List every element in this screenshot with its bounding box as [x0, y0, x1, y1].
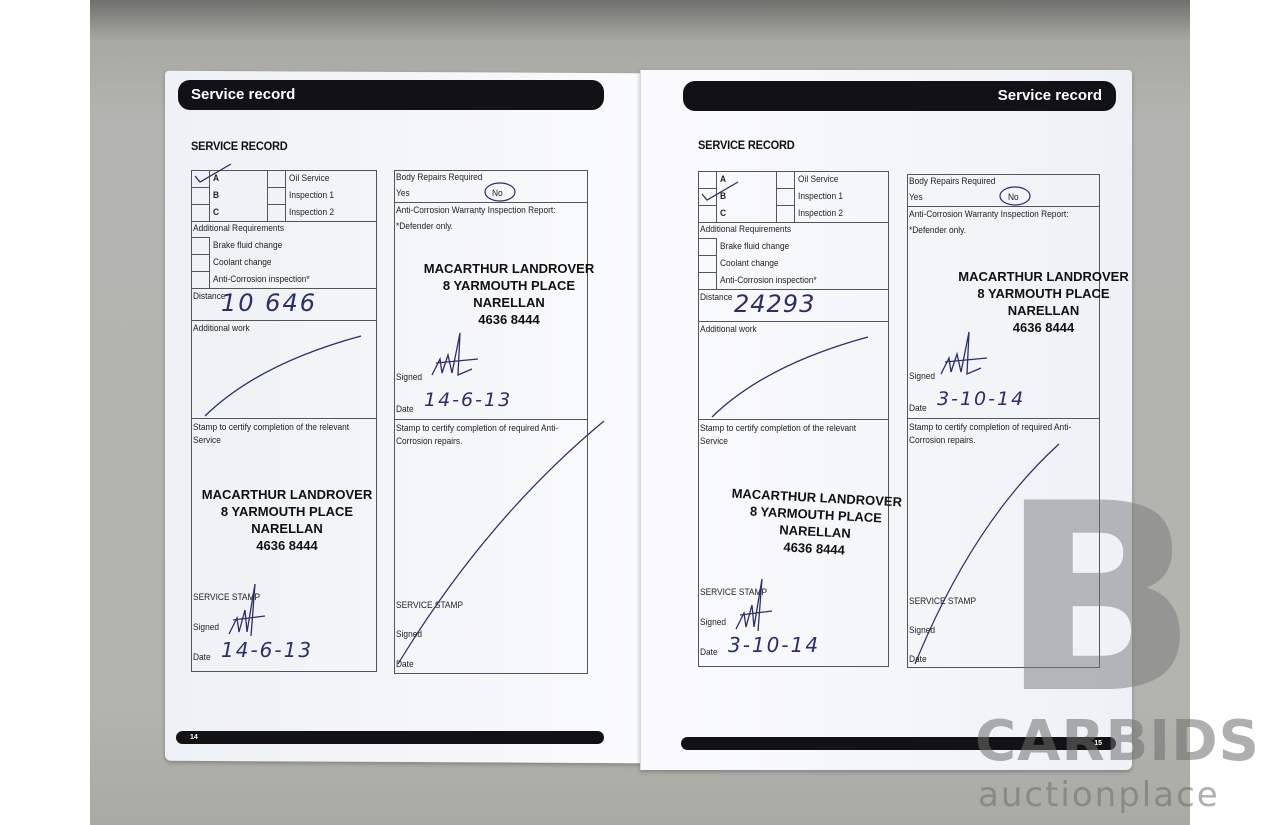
- body-repairs-yes[interactable]: Yes: [909, 192, 923, 203]
- stamp-line: MACARTHUR LANDROVER: [199, 486, 375, 503]
- requirement-label: Anti-Corrosion inspection*: [720, 275, 817, 286]
- requirement-checkbox[interactable]: [191, 271, 210, 289]
- requirement-checkbox[interactable]: [191, 237, 210, 255]
- carbids-logo-letter: B: [1000, 470, 1198, 730]
- signature: [734, 575, 774, 633]
- body-repairs-label: Body Repairs Required: [396, 172, 482, 183]
- divider: [191, 320, 377, 321]
- inspection-stamp: MACARTHUR LANDROVER8 YARMOUTH PLACENAREL…: [937, 268, 1150, 336]
- stamp-line: MACARTHUR LANDROVER: [412, 260, 606, 277]
- body-repairs-label: Body Repairs Required: [909, 176, 995, 187]
- carbids-sub: auctionplace: [978, 775, 1220, 815]
- service-type-checkbox[interactable]: [776, 188, 795, 206]
- divider: [698, 222, 889, 223]
- date-label: Date: [909, 403, 927, 414]
- date-label: Date: [700, 647, 718, 658]
- stamp-line: 4636 8444: [199, 537, 375, 554]
- stamp-line: NARELLAN: [937, 302, 1150, 319]
- service-c-checkbox[interactable]: [191, 204, 210, 222]
- carbids-brand: CARBIDS: [975, 712, 1260, 772]
- stamp-service-label: Stamp to certify completion of the relev…: [700, 422, 886, 448]
- divider: [698, 321, 889, 322]
- page-footer-bar: 14: [176, 731, 604, 744]
- requirement-label: Brake fluid change: [720, 241, 789, 252]
- section-title: SERVICE RECORD: [191, 139, 288, 153]
- stamp-service-label: Stamp to certify completion of the relev…: [193, 421, 374, 447]
- signature: [227, 580, 267, 638]
- strike-line: [710, 335, 870, 419]
- additional-work-label: Additional work: [700, 324, 757, 335]
- date-label: Date: [193, 652, 211, 663]
- strike-line: [396, 419, 606, 666]
- page-header-bar: Service record: [683, 81, 1116, 111]
- checkmark-icon: [193, 162, 233, 186]
- requirement-checkbox[interactable]: [698, 272, 717, 290]
- stamp-line: 8 YARMOUTH PLACE: [412, 277, 606, 294]
- service-date[interactable]: 14-6-13: [221, 638, 313, 662]
- service-b-checkbox[interactable]: [191, 187, 210, 205]
- requirement-checkbox[interactable]: [698, 238, 717, 256]
- service-stamp-label: SERVICE STAMP: [396, 600, 463, 611]
- page-header-title: Service record: [998, 87, 1102, 104]
- signature: [430, 329, 490, 385]
- signed-label: Signed: [909, 371, 935, 382]
- date-label: Date: [909, 654, 927, 665]
- divider: [394, 202, 588, 203]
- service-type-label: Inspection 2: [289, 207, 334, 218]
- margin-left: [0, 0, 90, 825]
- additional-work-label: Additional work: [193, 323, 250, 334]
- stamp-line: MACARTHUR LANDROVER: [937, 268, 1150, 285]
- service-type-checkbox[interactable]: [776, 205, 795, 223]
- service-type-label: Inspection 1: [798, 191, 843, 202]
- signature: [939, 328, 999, 384]
- strike-line: [203, 334, 363, 418]
- signed-label: Signed: [909, 625, 935, 636]
- service-type-checkbox[interactable]: [776, 171, 795, 189]
- service-type-checkbox[interactable]: [267, 204, 286, 222]
- service-type-label: Oil Service: [289, 173, 329, 184]
- section-title: SERVICE RECORD: [698, 138, 795, 152]
- circled-selection: [482, 177, 518, 203]
- defender-note: *Defender only.: [396, 221, 453, 232]
- requirement-label: Coolant change: [213, 257, 272, 268]
- anticorrosion-label: Anti-Corrosion Warranty Inspection Repor…: [909, 209, 1069, 220]
- service-type-checkbox[interactable]: [267, 187, 286, 205]
- page-header-bar: Service record: [178, 80, 604, 110]
- date-label: Date: [396, 404, 414, 415]
- requirement-checkbox[interactable]: [698, 255, 717, 273]
- service-type-checkbox[interactable]: [267, 170, 286, 188]
- requirement-label: Anti-Corrosion inspection*: [213, 274, 310, 285]
- circled-selection: [997, 181, 1033, 207]
- divider: [191, 221, 377, 222]
- service-date[interactable]: 3-10-14: [728, 633, 820, 657]
- stamp-line: NARELLAN: [199, 520, 375, 537]
- distance-value[interactable]: 24293: [734, 290, 815, 318]
- service-stamp: MACARTHUR LANDROVER8 YARMOUTH PLACENAREL…: [199, 486, 375, 554]
- page-header-title: Service record: [191, 86, 295, 103]
- signed-label: Signed: [396, 629, 422, 640]
- service-stamp: MACARTHUR LANDROVER8 YARMOUTH PLACENAREL…: [713, 484, 917, 562]
- stamp-line: 4636 8444: [412, 311, 606, 328]
- requirement-label: Coolant change: [720, 258, 779, 269]
- service-type-label: Inspection 1: [289, 190, 334, 201]
- stamp-line: NARELLAN: [412, 294, 606, 311]
- divider: [191, 418, 377, 419]
- additional-requirements-label: Additional Requirements: [700, 224, 791, 235]
- signed-label: Signed: [193, 622, 219, 633]
- inspection-stamp: MACARTHUR LANDROVER8 YARMOUTH PLACENAREL…: [412, 260, 606, 328]
- inspection-date[interactable]: 3-10-14: [937, 388, 1025, 410]
- anticorrosion-label: Anti-Corrosion Warranty Inspection Repor…: [396, 205, 556, 216]
- service-option-label: C: [720, 208, 726, 219]
- booklet-spine: [640, 70, 641, 770]
- page-number: 14: [190, 734, 198, 741]
- divider: [907, 206, 1100, 207]
- inspection-date[interactable]: 14-6-13: [424, 389, 512, 411]
- body-repairs-yes[interactable]: Yes: [396, 188, 410, 199]
- service-type-label: Inspection 2: [798, 208, 843, 219]
- divider: [698, 419, 889, 420]
- checkmark-icon: [700, 180, 740, 204]
- stamp-line: 8 YARMOUTH PLACE: [199, 503, 375, 520]
- margin-right: [1190, 0, 1280, 825]
- additional-requirements-label: Additional Requirements: [193, 223, 284, 234]
- service-option-label: B: [213, 190, 219, 201]
- service-stamp-label: SERVICE STAMP: [909, 596, 976, 607]
- date-label: Date: [396, 659, 414, 670]
- defender-note: *Defender only.: [909, 225, 966, 236]
- divider: [907, 418, 1100, 419]
- service-c-checkbox[interactable]: [698, 205, 717, 223]
- requirement-label: Brake fluid change: [213, 240, 282, 251]
- service-option-label: C: [213, 207, 219, 218]
- signed-label: Signed: [396, 372, 422, 383]
- service-type-label: Oil Service: [798, 174, 838, 185]
- signed-label: Signed: [700, 617, 726, 628]
- distance-label: Distance: [700, 292, 733, 303]
- stamp-line: 8 YARMOUTH PLACE: [937, 285, 1150, 302]
- distance-value[interactable]: 10 646: [221, 289, 317, 317]
- requirement-checkbox[interactable]: [191, 254, 210, 272]
